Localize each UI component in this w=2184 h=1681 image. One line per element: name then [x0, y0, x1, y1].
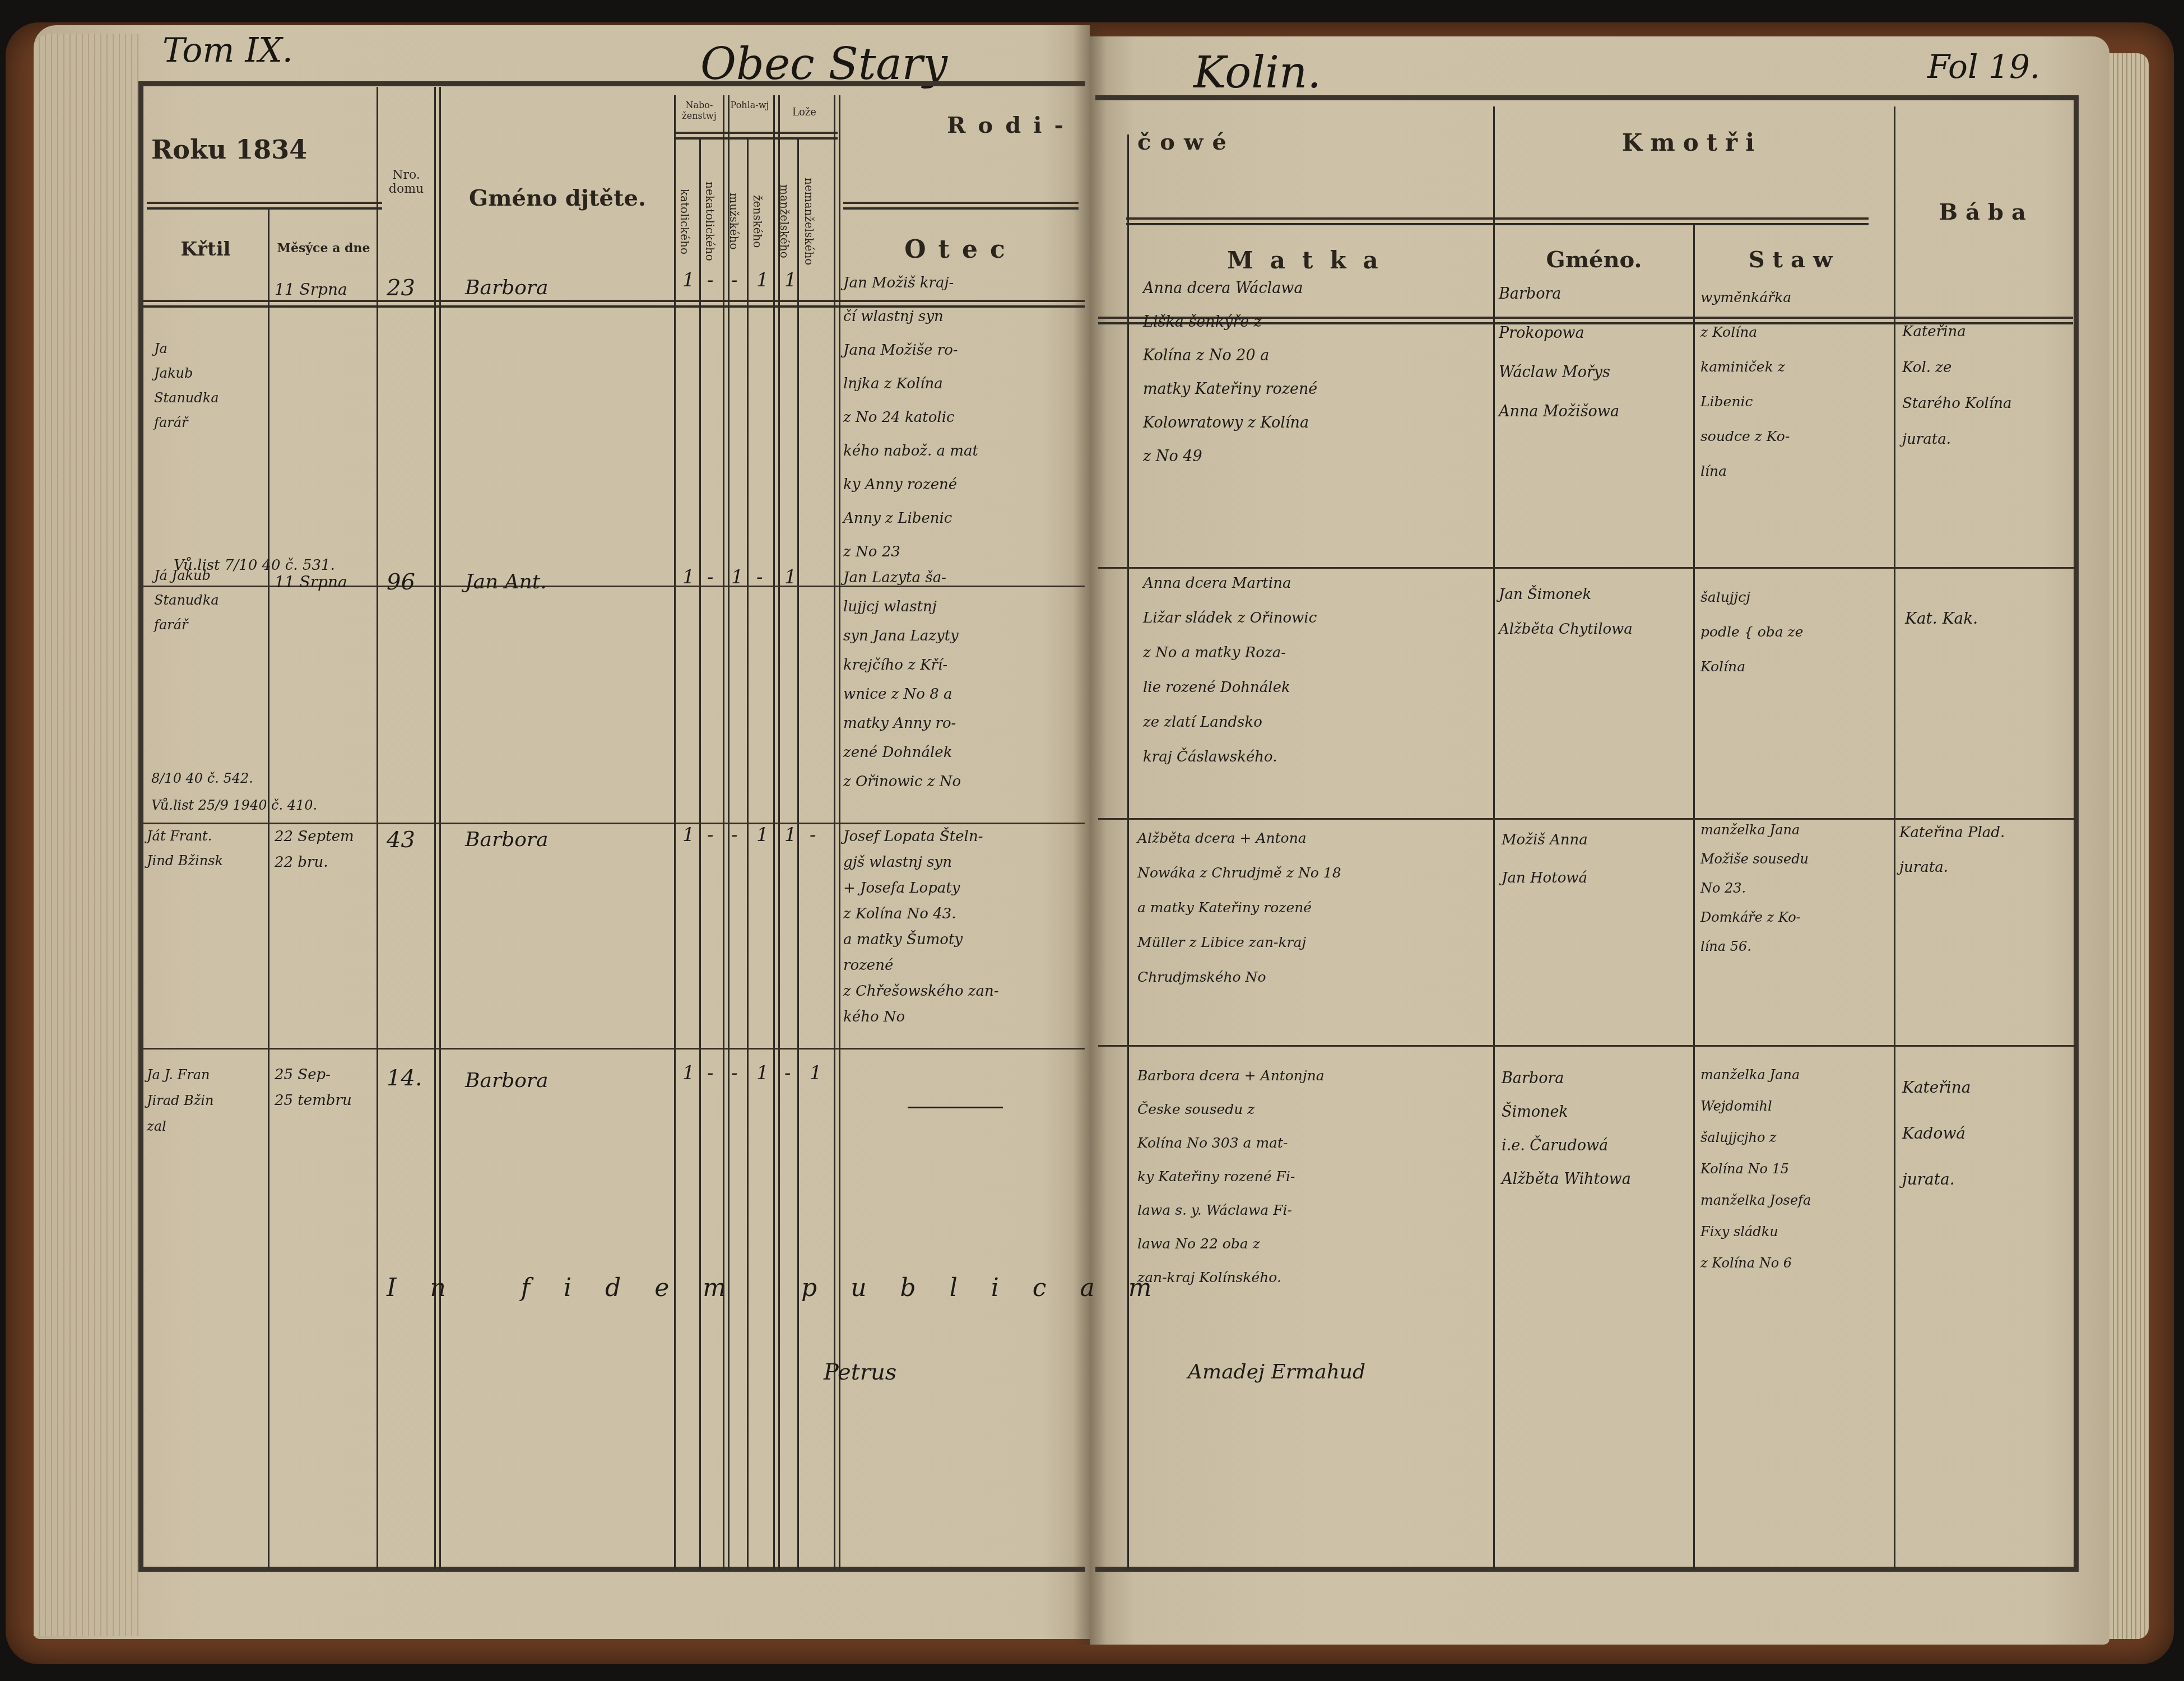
col-line: [834, 95, 835, 1569]
baptizer: Ja Jakub Stanudka farář: [154, 336, 219, 435]
header-godparent-name: Gméno.: [1496, 247, 1692, 273]
mark-male: -: [731, 1062, 738, 1084]
record-note: 8/10 40 č. 542. Vů.list 25/9 1940 č. 410…: [151, 765, 317, 819]
mark-noncatholic: -: [707, 566, 714, 588]
mark-catholic: 1: [682, 566, 695, 588]
header-noncatholic: nekatolického: [703, 154, 717, 289]
mother-entry: Alžběta dcera + Antona Nowáka z Chrudjmě…: [1137, 821, 1341, 995]
godparent-status: šalujjcj podle { oba ze Kolína: [1700, 580, 1804, 684]
blank-dash: [908, 1107, 1003, 1108]
closing-phrase: In fidem publicam: [387, 1272, 1185, 1304]
col-line: [699, 137, 701, 1569]
birth-date: 11 Srpna: [275, 566, 347, 598]
midwife: Kateřina Kol. ze Starého Kolína jurata.: [1902, 314, 2012, 457]
midwife: Kateřina Plad. jurata.: [1899, 815, 2005, 885]
header-parents-cont: čowé: [1137, 129, 1249, 155]
mark-male: -: [731, 824, 738, 846]
header-house-number: Nro. domu: [381, 168, 431, 196]
row-divider: [1098, 1045, 2076, 1047]
mark-female: 1: [756, 1062, 769, 1084]
col-line: [434, 87, 436, 1569]
midwife: Kat. Kak.: [1905, 602, 1978, 635]
header-illegitimate: nemanželského: [802, 154, 816, 289]
page-edges-right: [2109, 53, 2149, 1639]
col-line: [674, 95, 676, 1569]
col-line: [723, 95, 724, 1569]
midwife: Kateřina Kadowá jurata.: [1902, 1065, 1971, 1202]
birth-date: 25 Sep- 25 tembru: [275, 1062, 352, 1113]
signature-left: Petrus: [824, 1356, 896, 1389]
header-father: Otec: [843, 235, 1079, 264]
volume-label: Tom IX.: [162, 31, 293, 70]
header-religion: Nabo-ženstwj: [677, 100, 722, 121]
header-female: ženského: [751, 154, 764, 289]
year-header: Roku 1834: [151, 134, 319, 165]
col-line: [377, 87, 378, 1569]
col-line: [797, 137, 799, 1569]
row-divider: [143, 1048, 1085, 1050]
signature-right: Amadej Ermahud: [1188, 1356, 1365, 1389]
header-parents: Rodi-: [896, 112, 1076, 138]
child-name: Barbora: [465, 1065, 549, 1097]
house-number: 96: [387, 566, 415, 598]
mark-male: -: [731, 269, 738, 291]
mark-noncatholic: -: [707, 824, 714, 846]
child-name: Barbora: [465, 824, 549, 856]
col-line: [1493, 106, 1495, 1569]
mark-female: 1: [756, 824, 769, 846]
mark-legitimate: -: [784, 1062, 791, 1084]
rule: [675, 132, 838, 134]
house-number: 23: [387, 272, 415, 304]
mark-legitimate: 1: [784, 269, 797, 291]
header-month-day: Měsýce a dne: [272, 241, 375, 256]
header-godparent-status: Staw: [1698, 247, 1891, 273]
header-sex: Pohla-wj: [727, 100, 772, 110]
father-entry: Josef Lopata Šteln- gjš wlastnj syn + Jo…: [843, 824, 999, 1030]
page-edges-left: [34, 34, 140, 1636]
godparent-status: manželka Jana Možiše sousedu No 23. Domk…: [1700, 815, 1809, 961]
baptizer: Ját Frant. Jind Bžinsk: [147, 824, 223, 873]
mark-legitimate: 1: [784, 824, 797, 846]
header-krtil: Křtil: [147, 238, 264, 261]
header-legitimate: manželského: [778, 154, 791, 289]
folio-number: Fol 19.: [1927, 48, 2040, 86]
father-entry: Jan Lazyta ša- lujjcj wlastnj syn Jana L…: [843, 563, 961, 796]
mother-entry: Anna dcera Martina Ližar sládek z Ořinow…: [1143, 566, 1317, 774]
mark-catholic: 1: [682, 1062, 695, 1084]
rule: [1126, 217, 1869, 220]
mark-noncatholic: -: [707, 269, 714, 291]
header-godparents: Kmotři: [1496, 129, 1888, 156]
header-legitimacy: Lože: [778, 106, 831, 118]
house-number: 14.: [387, 1062, 422, 1094]
birth-date: 11 Srpna: [275, 273, 347, 306]
father-entry: Jan Možiš kraj- čí wlastnj syn Jana Moži…: [843, 266, 978, 569]
godparent-names: Barbora Šimonek i.e. Čarudowá Alžběta Wi…: [1502, 1062, 1631, 1196]
mark-female: 1: [756, 269, 769, 291]
col-line: [1894, 106, 1895, 1569]
mark-catholic: 1: [682, 269, 695, 291]
house-number: 43: [387, 824, 415, 856]
rule: [147, 202, 382, 204]
col-line: [1693, 224, 1695, 1569]
col-line: [747, 137, 749, 1569]
rule: [843, 202, 1079, 204]
baptizer: Ja J. Fran Jirad Bžin zal: [147, 1062, 213, 1139]
godparent-status: wyměnkářka z Kolína kaminiček z Libenic …: [1700, 280, 1791, 489]
col-line: [1127, 134, 1129, 1569]
mark-male: 1: [731, 566, 744, 588]
mark-legitimate: 1: [784, 566, 797, 588]
child-name: Barbora: [465, 272, 549, 304]
mark-illegitimate: -: [810, 824, 816, 846]
header-child-name: Gméno djtěte.: [443, 185, 672, 211]
child-name: Jan Ant.: [465, 566, 547, 598]
header-catholic: katolického: [678, 154, 691, 289]
mother-entry: Anna dcera Wáclawa Liška šenkýře z Kolín…: [1143, 272, 1317, 473]
birth-date: 22 Septem 22 bru.: [275, 824, 354, 875]
baptizer: Já Jakub Stanudka farář: [154, 563, 219, 637]
godparent-names: Barbora Prokopowa Wáclaw Mořys Anna Moži…: [1499, 275, 1619, 431]
header-mother: Matka: [1132, 247, 1490, 274]
mark-catholic: 1: [682, 824, 695, 846]
col-line: [268, 207, 269, 1569]
mark-noncatholic: -: [707, 1062, 714, 1084]
godparent-names: Jan Šimonek Alžběta Chytilowa: [1499, 577, 1633, 647]
header-male: mužského: [727, 154, 741, 289]
godparent-status: manželka Jana Wejdomihl šalujjcjho z Kol…: [1700, 1059, 1811, 1279]
col-line: [773, 95, 775, 1569]
godparent-names: Možiš Anna Jan Hotowá: [1502, 821, 1588, 897]
header-midwife: Bába: [1897, 199, 2076, 225]
parish-name-right: Kolin.: [1193, 48, 1321, 98]
mother-entry: Barbora dcera + Antonjna Česke sousedu z…: [1137, 1059, 1325, 1294]
mark-illegitimate: 1: [810, 1062, 822, 1084]
mark-female: -: [756, 566, 763, 588]
